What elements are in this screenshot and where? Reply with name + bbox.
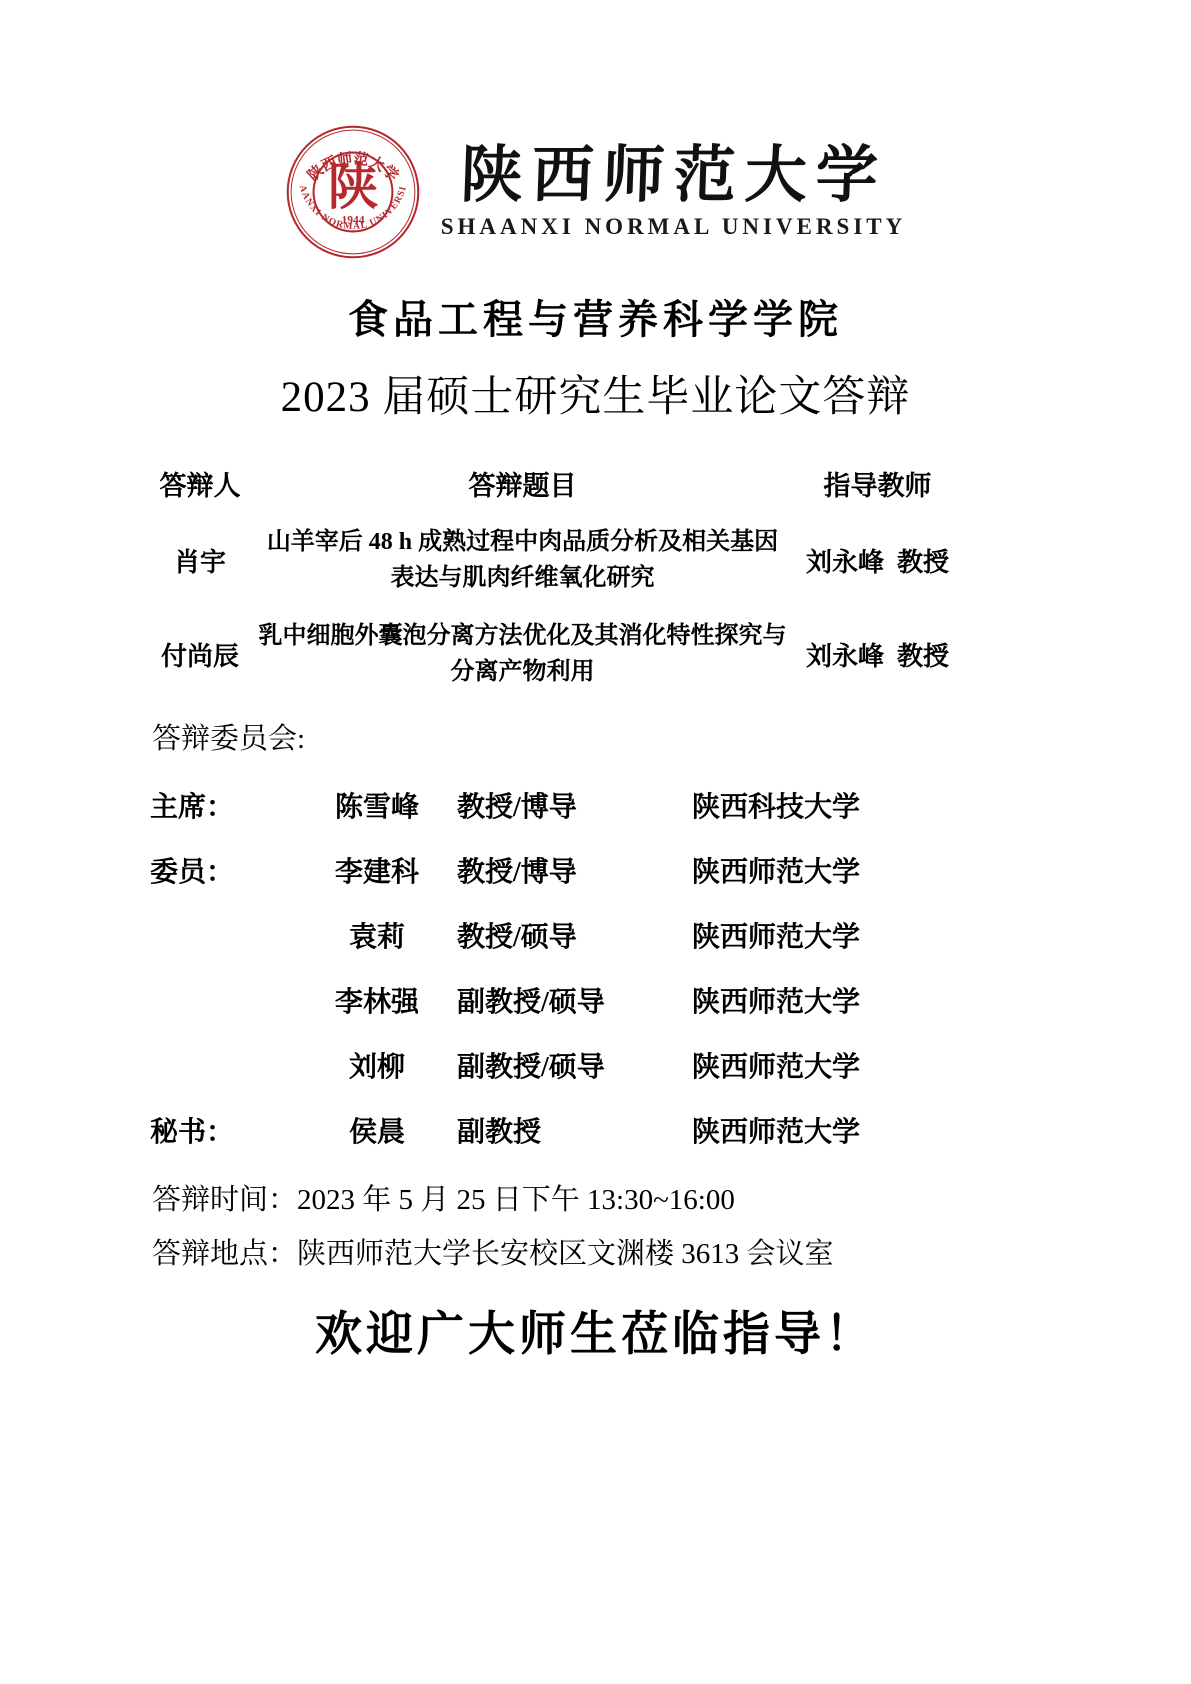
thesis-topic: 山羊宰后 48 h 成熟过程中肉品质分析及相关基因表达与肌肉纤维氧化研究	[250, 524, 795, 596]
welcome-message: 欢迎广大师生莅临指导！	[0, 1297, 1191, 1364]
defense-time-line: 答辩时间：2023 年 5 月 25 日下午 13:30~16:00	[152, 1183, 1191, 1217]
member-role: 主席：	[150, 793, 312, 823]
university-name-en: SHAANXI NORMAL UNIVERSITY	[441, 214, 907, 240]
seal-character: 陕	[328, 159, 378, 215]
member-title: 副教授/硕导	[442, 1053, 692, 1083]
member-name: 刘柳	[312, 1053, 442, 1083]
seal-year: 1944	[341, 213, 364, 226]
member-name: 袁莉	[312, 923, 442, 953]
member-university: 陕西师范大学	[692, 1053, 1191, 1083]
column-header-topic: 答辩题目	[250, 470, 795, 502]
defense-time-label: 答辩时间：	[152, 1184, 297, 1216]
column-header-advisor: 指导教师	[795, 470, 960, 502]
university-seal-icon: 陕西师范大学 SHAANXI NORMAL UNIVERSITY 陕 1944	[285, 124, 421, 260]
member-title: 教授/博导	[442, 858, 692, 888]
university-name-block: 陕西师范大学 SHAANXI NORMAL UNIVERSITY	[441, 144, 907, 239]
member-university: 陕西师范大学	[692, 858, 1191, 888]
defense-place-line: 答辩地点：陕西师范大学长安校区文渊楼 3613 会议室	[152, 1237, 1191, 1271]
member-university: 陕西师范大学	[692, 1118, 1191, 1148]
member-university: 陕西师范大学	[692, 988, 1191, 1018]
defense-time-value: 2023 年 5 月 25 日下午 13:30~16:00	[297, 1184, 735, 1216]
member-title: 副教授/硕导	[442, 988, 692, 1018]
defense-place-value: 陕西师范大学长安校区文渊楼 3613 会议室	[297, 1238, 834, 1270]
column-header-defender: 答辩人	[150, 470, 250, 502]
defense-place-label: 答辩地点：	[152, 1238, 297, 1270]
university-header: 陕西师范大学 SHAANXI NORMAL UNIVERSITY 陕 1944 …	[0, 0, 1191, 260]
committee-row: 秘书： 侯晨 副教授 陕西师范大学	[150, 1118, 1191, 1148]
advisor-name: 刘永峰 教授	[795, 618, 960, 690]
member-name: 侯晨	[312, 1118, 442, 1148]
document-page: 陕西师范大学 SHAANXI NORMAL UNIVERSITY 陕 1944 …	[0, 0, 1191, 1684]
member-role: 秘书：	[150, 1118, 312, 1148]
event-title: 2023 届硕士研究生毕业论文答辩	[0, 363, 1191, 424]
member-university: 陕西科技大学	[692, 793, 1191, 823]
member-name: 李林强	[312, 988, 442, 1018]
college-title: 食品工程与营养科学学院	[0, 288, 1191, 345]
committee-row: 李林强 副教授/硕导 陕西师范大学	[150, 988, 1191, 1018]
committee-row: 刘柳 副教授/硕导 陕西师范大学	[150, 1053, 1191, 1083]
member-title: 教授/硕导	[442, 923, 692, 953]
defense-table: 答辩人 答辩题目 指导教师 肖宇 山羊宰后 48 h 成熟过程中肉品质分析及相关…	[150, 470, 960, 690]
committee-row: 主席： 陈雪峰 教授/博导 陕西科技大学	[150, 793, 1191, 823]
member-role: 委员：	[150, 858, 312, 888]
thesis-topic: 乳中细胞外囊泡分离方法优化及其消化特性探究与分离产物利用	[250, 618, 795, 690]
committee-row: 袁莉 教授/硕导 陕西师范大学	[150, 923, 1191, 953]
committee-heading: 答辩委员会:	[152, 716, 1191, 757]
advisor-name: 刘永峰 教授	[795, 524, 960, 596]
committee-row: 委员： 李建科 教授/博导 陕西师范大学	[150, 858, 1191, 888]
committee-list: 主席： 陈雪峰 教授/博导 陕西科技大学 委员： 李建科 教授/博导 陕西师范大…	[150, 793, 1191, 1148]
university-name-cn: 陕西师范大学	[440, 144, 908, 209]
defender-name: 肖宇	[150, 524, 250, 596]
member-title: 教授/博导	[442, 793, 692, 823]
member-name: 李建科	[312, 858, 442, 888]
member-name: 陈雪峰	[312, 793, 442, 823]
member-university: 陕西师范大学	[692, 923, 1191, 953]
defender-name: 付尚辰	[150, 618, 250, 690]
member-title: 副教授	[442, 1118, 692, 1148]
